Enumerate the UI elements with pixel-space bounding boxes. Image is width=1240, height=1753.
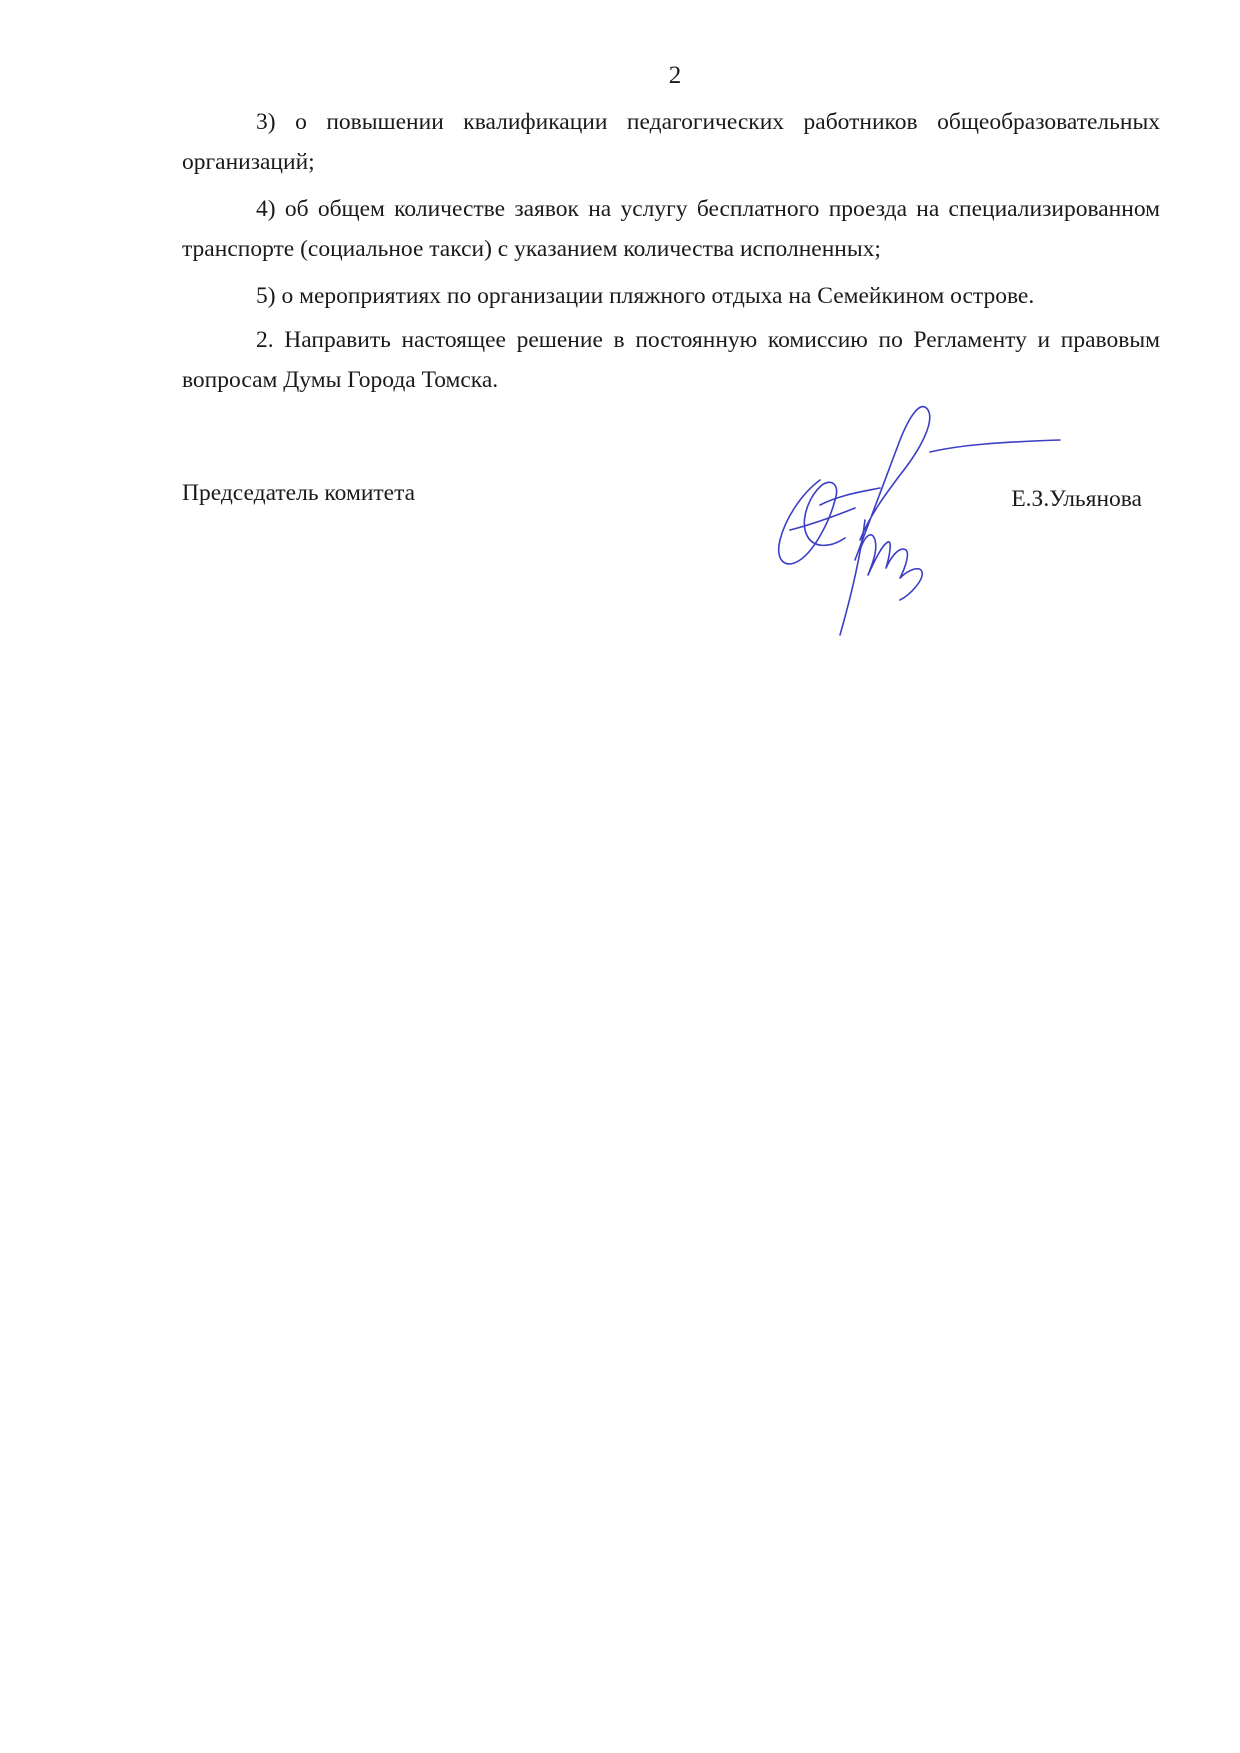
signer-title: Председатель комитета [182,480,415,507]
paragraph-item-5: 5) о мероприятиях по организации пляжног… [182,276,1160,316]
page-number: 2 [0,62,1240,90]
paragraph-item-4: 4) об общем количестве заявок на услугу … [182,189,1160,269]
paragraph-item-3: 3) о повышении квалификации педагогическ… [182,102,1160,182]
paragraph-resolution-2: 2. Направить настоящее решение в постоян… [182,320,1160,400]
handwritten-signature-icon [760,400,1090,640]
